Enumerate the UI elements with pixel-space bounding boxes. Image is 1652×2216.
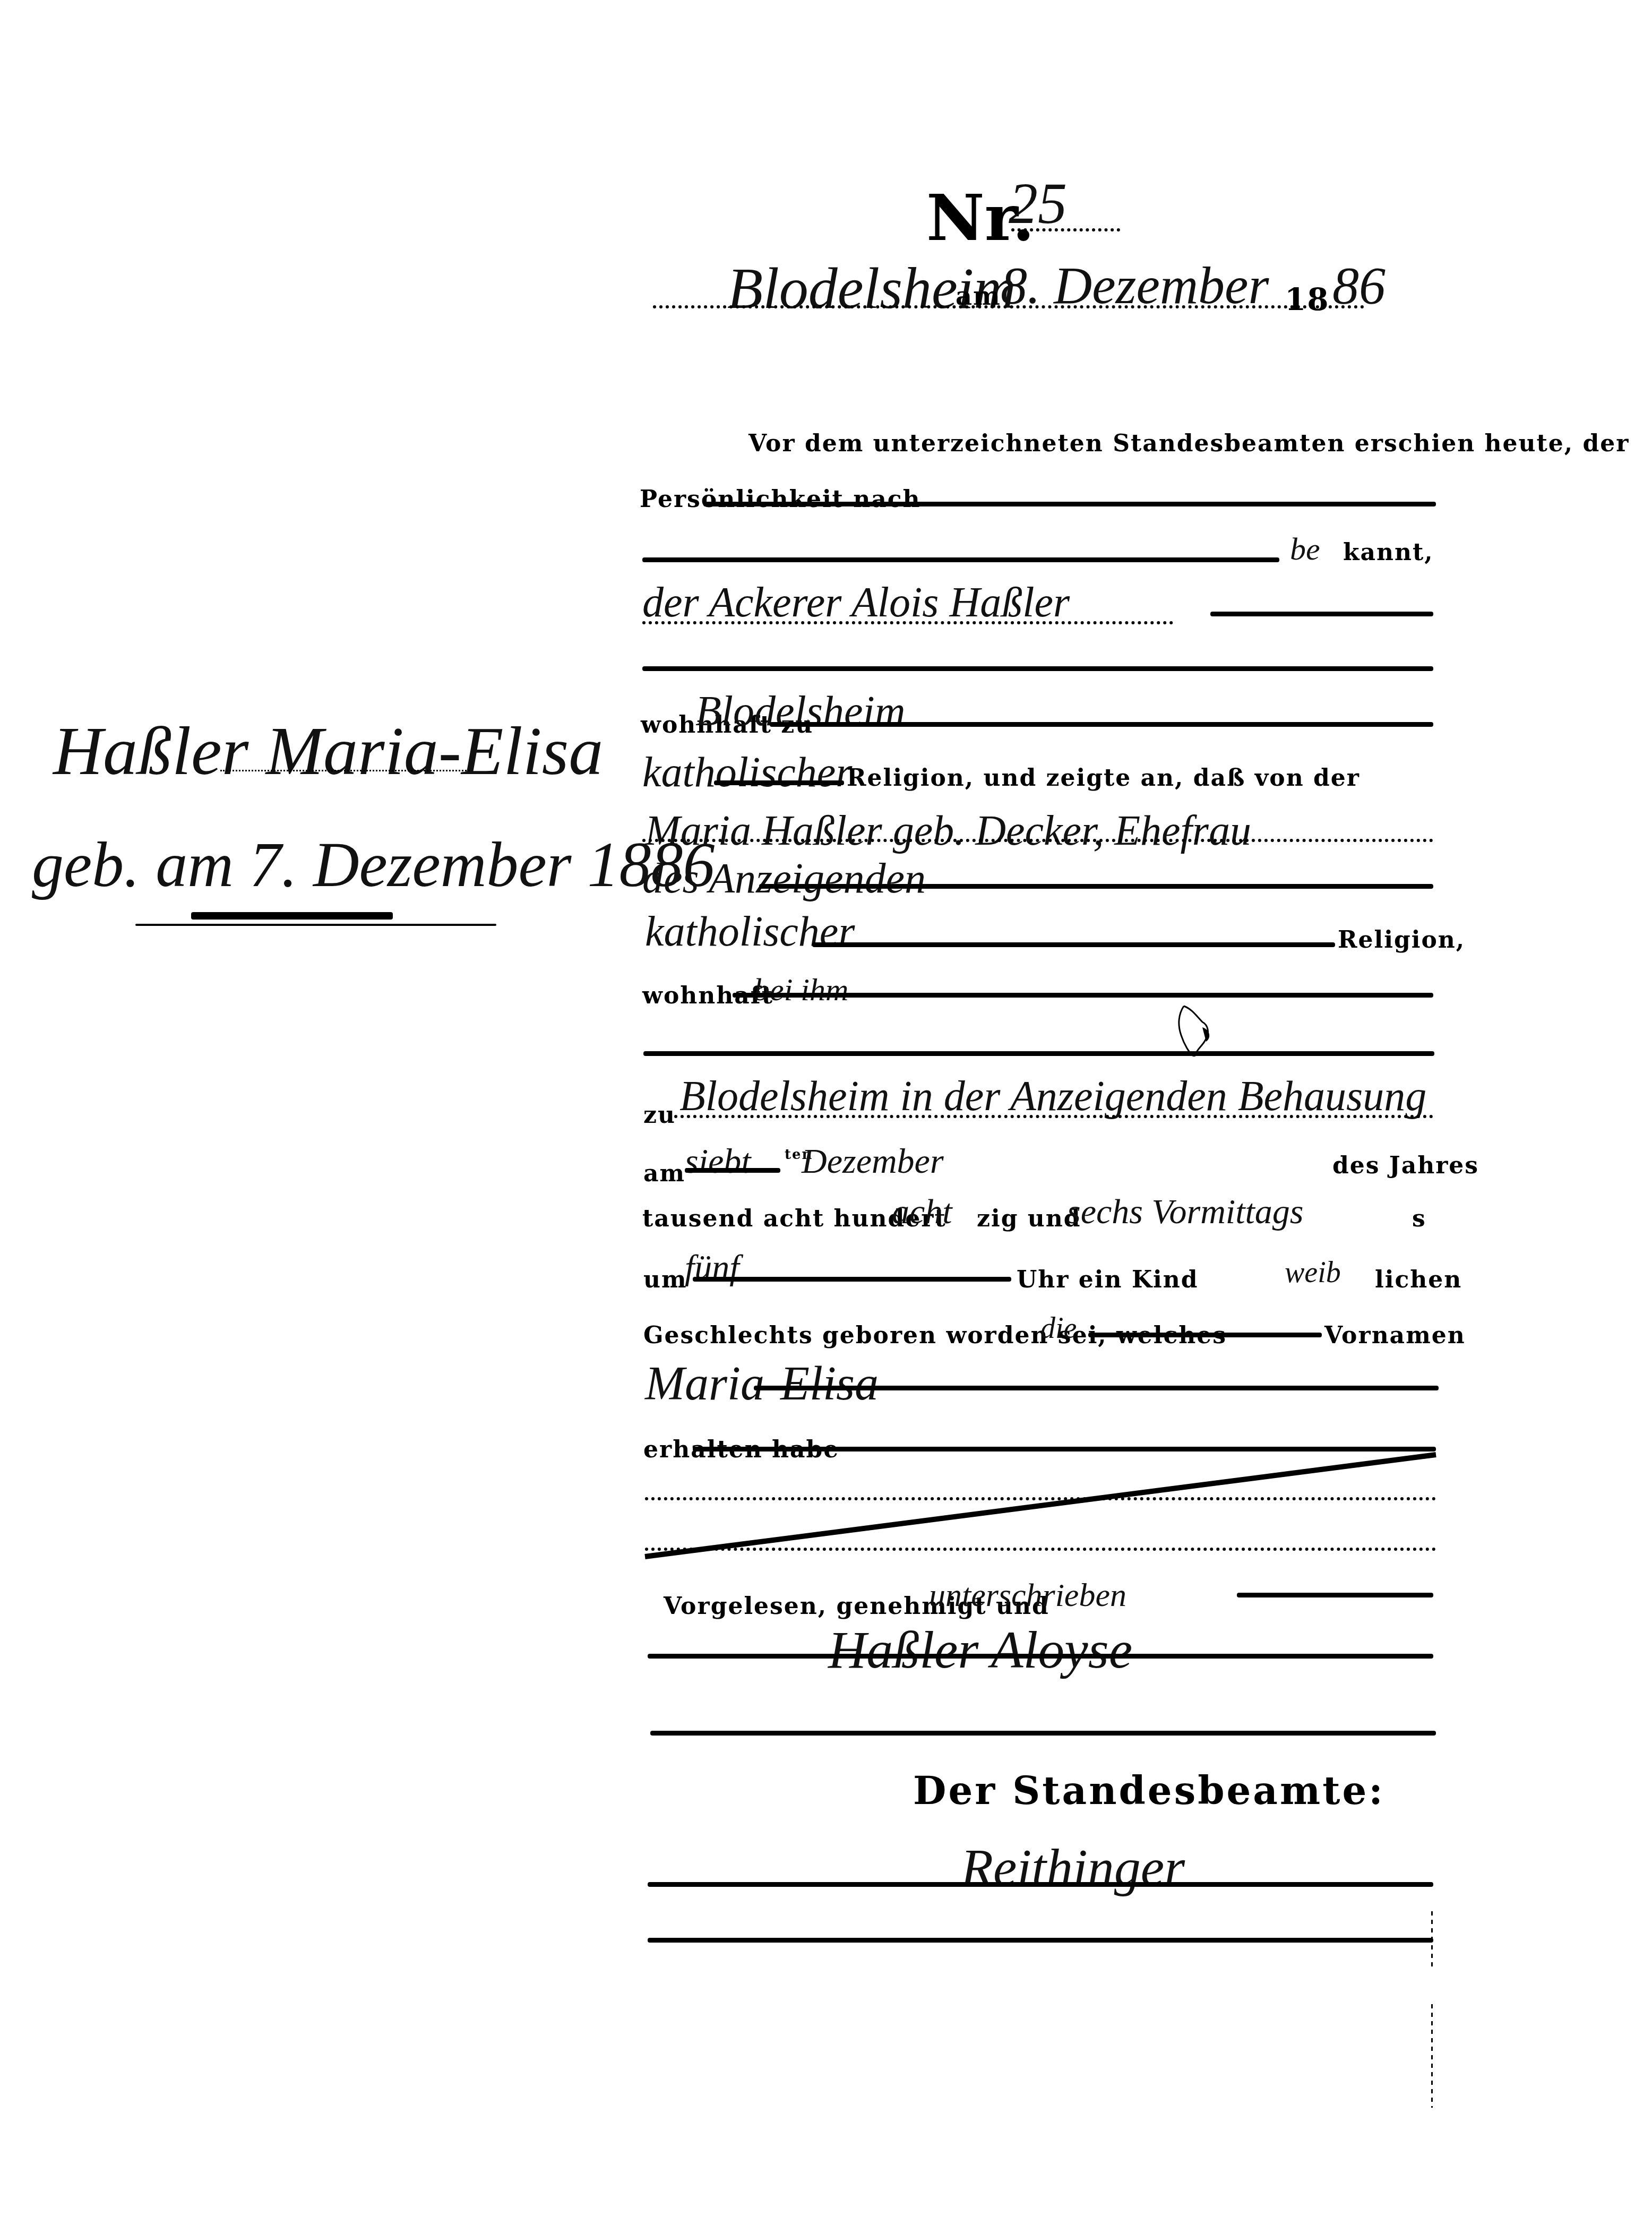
informant-signature: Haßler Aloyse	[828, 1619, 1132, 1680]
mother-line2: des Anzeigenden	[642, 855, 926, 903]
label-s-suffix: s	[1412, 1205, 1426, 1232]
rule-after-signature	[650, 1731, 1436, 1736]
mother-religion: katholischer	[645, 908, 855, 956]
birth-day: siebt	[685, 1141, 751, 1182]
rule-mother-religion	[812, 942, 1335, 947]
informant-religion: katholischer	[642, 749, 852, 797]
record-number-value: 25	[1009, 170, 1067, 237]
margin-note-name: Haßler Maria-Elisa	[53, 711, 603, 791]
margin-note-rule-1	[220, 770, 470, 771]
rule-blank-1	[642, 666, 1433, 671]
rule-bottom	[648, 1938, 1433, 1943]
scan-edge-mark-1	[1431, 1911, 1433, 1970]
label-vornamen: Vornamen	[1324, 1322, 1466, 1349]
label-zu: zu	[643, 1102, 676, 1129]
label-persoenlichkeit: Persönlichkeit nach	[640, 486, 921, 513]
margin-note-birthdate: geb. am 7. Dezember 1886	[32, 828, 715, 901]
date-line	[653, 305, 1364, 308]
mother-residence: bei ihm	[754, 972, 848, 1008]
birth-year-tens: acht	[892, 1192, 952, 1232]
label-religion: Religion,	[1338, 926, 1465, 954]
rule-given-names	[754, 1386, 1439, 1390]
informant-name: der Ackerer Alois Haßler	[642, 579, 1070, 627]
label-religion-zeigte: Religion, und zeigte an, daß von der	[847, 765, 1360, 792]
rule-informant-signature	[648, 1654, 1433, 1659]
register-year-prefix: 18	[1285, 281, 1330, 317]
strikethrough-diagonal	[642, 1439, 1439, 1561]
birth-hour: fünf	[685, 1248, 739, 1288]
form-intro: Vor dem unterzeichneten Standesbeamten e…	[748, 430, 1629, 457]
label-des-jahres: des Jahres	[1332, 1152, 1479, 1179]
standesbeamte-title: Der Standesbeamte:	[913, 1768, 1385, 1813]
rule-official-signature	[648, 1882, 1433, 1887]
vorgelesen-value: unterschrieben	[929, 1577, 1126, 1614]
margin-note-underline-thick	[191, 912, 393, 920]
label-bekannt: kannt,	[1343, 539, 1434, 566]
rule-blank-2	[643, 1051, 1434, 1056]
bekannt-hand: be	[1290, 531, 1320, 568]
mother-name: Maria Haßler geb. Decker, Ehefrau	[645, 807, 1251, 855]
rule-informant	[1210, 612, 1433, 616]
label-lichen: lichen	[1375, 1266, 1462, 1293]
child-sex: weib	[1285, 1256, 1341, 1290]
label-um: um	[643, 1266, 687, 1293]
rule-vorgelesen	[1237, 1593, 1433, 1597]
birth-year-units: sechs Vormittags	[1067, 1192, 1304, 1232]
rule-birth-day	[685, 1168, 780, 1173]
informant-residence: Blodelsheim	[695, 688, 905, 736]
margin-note-underline-thin	[135, 924, 496, 926]
label-zig-und: zig und	[977, 1205, 1081, 1232]
child-given-names: Maria-Elisa	[645, 1356, 879, 1411]
scanned-document-page: Nr. 25 Blodelsheim am 8. Dezember 18 86 …	[0, 0, 1652, 2216]
official-signature: Reithinger	[961, 1837, 1185, 1898]
rule-religion	[714, 780, 844, 785]
welches-value: die	[1040, 1311, 1077, 1345]
scan-edge-mark-2	[1431, 2004, 1433, 2108]
rule-wohnhaft-zu	[770, 722, 1433, 727]
birth-month: Dezember	[802, 1141, 944, 1182]
label-am: am	[643, 1160, 685, 1187]
rule-bekannt	[642, 557, 1279, 562]
mother-line	[642, 839, 1433, 842]
informant-line	[642, 621, 1173, 624]
rule-persoenlichkeit	[703, 502, 1436, 506]
rule-wohnhaft	[733, 993, 1433, 998]
rule-mother-line2	[759, 884, 1433, 889]
rule-welches	[1088, 1333, 1322, 1337]
birth-place-line	[674, 1115, 1433, 1118]
record-number-underline	[1011, 228, 1120, 231]
rule-birth-hour	[693, 1277, 1011, 1282]
ink-blot-stain	[1173, 1003, 1221, 1057]
birth-place: Blodelsheim in der Anzeigenden Behausung	[679, 1072, 1426, 1121]
label-uhr-kind: Uhr ein Kind	[1017, 1266, 1199, 1293]
